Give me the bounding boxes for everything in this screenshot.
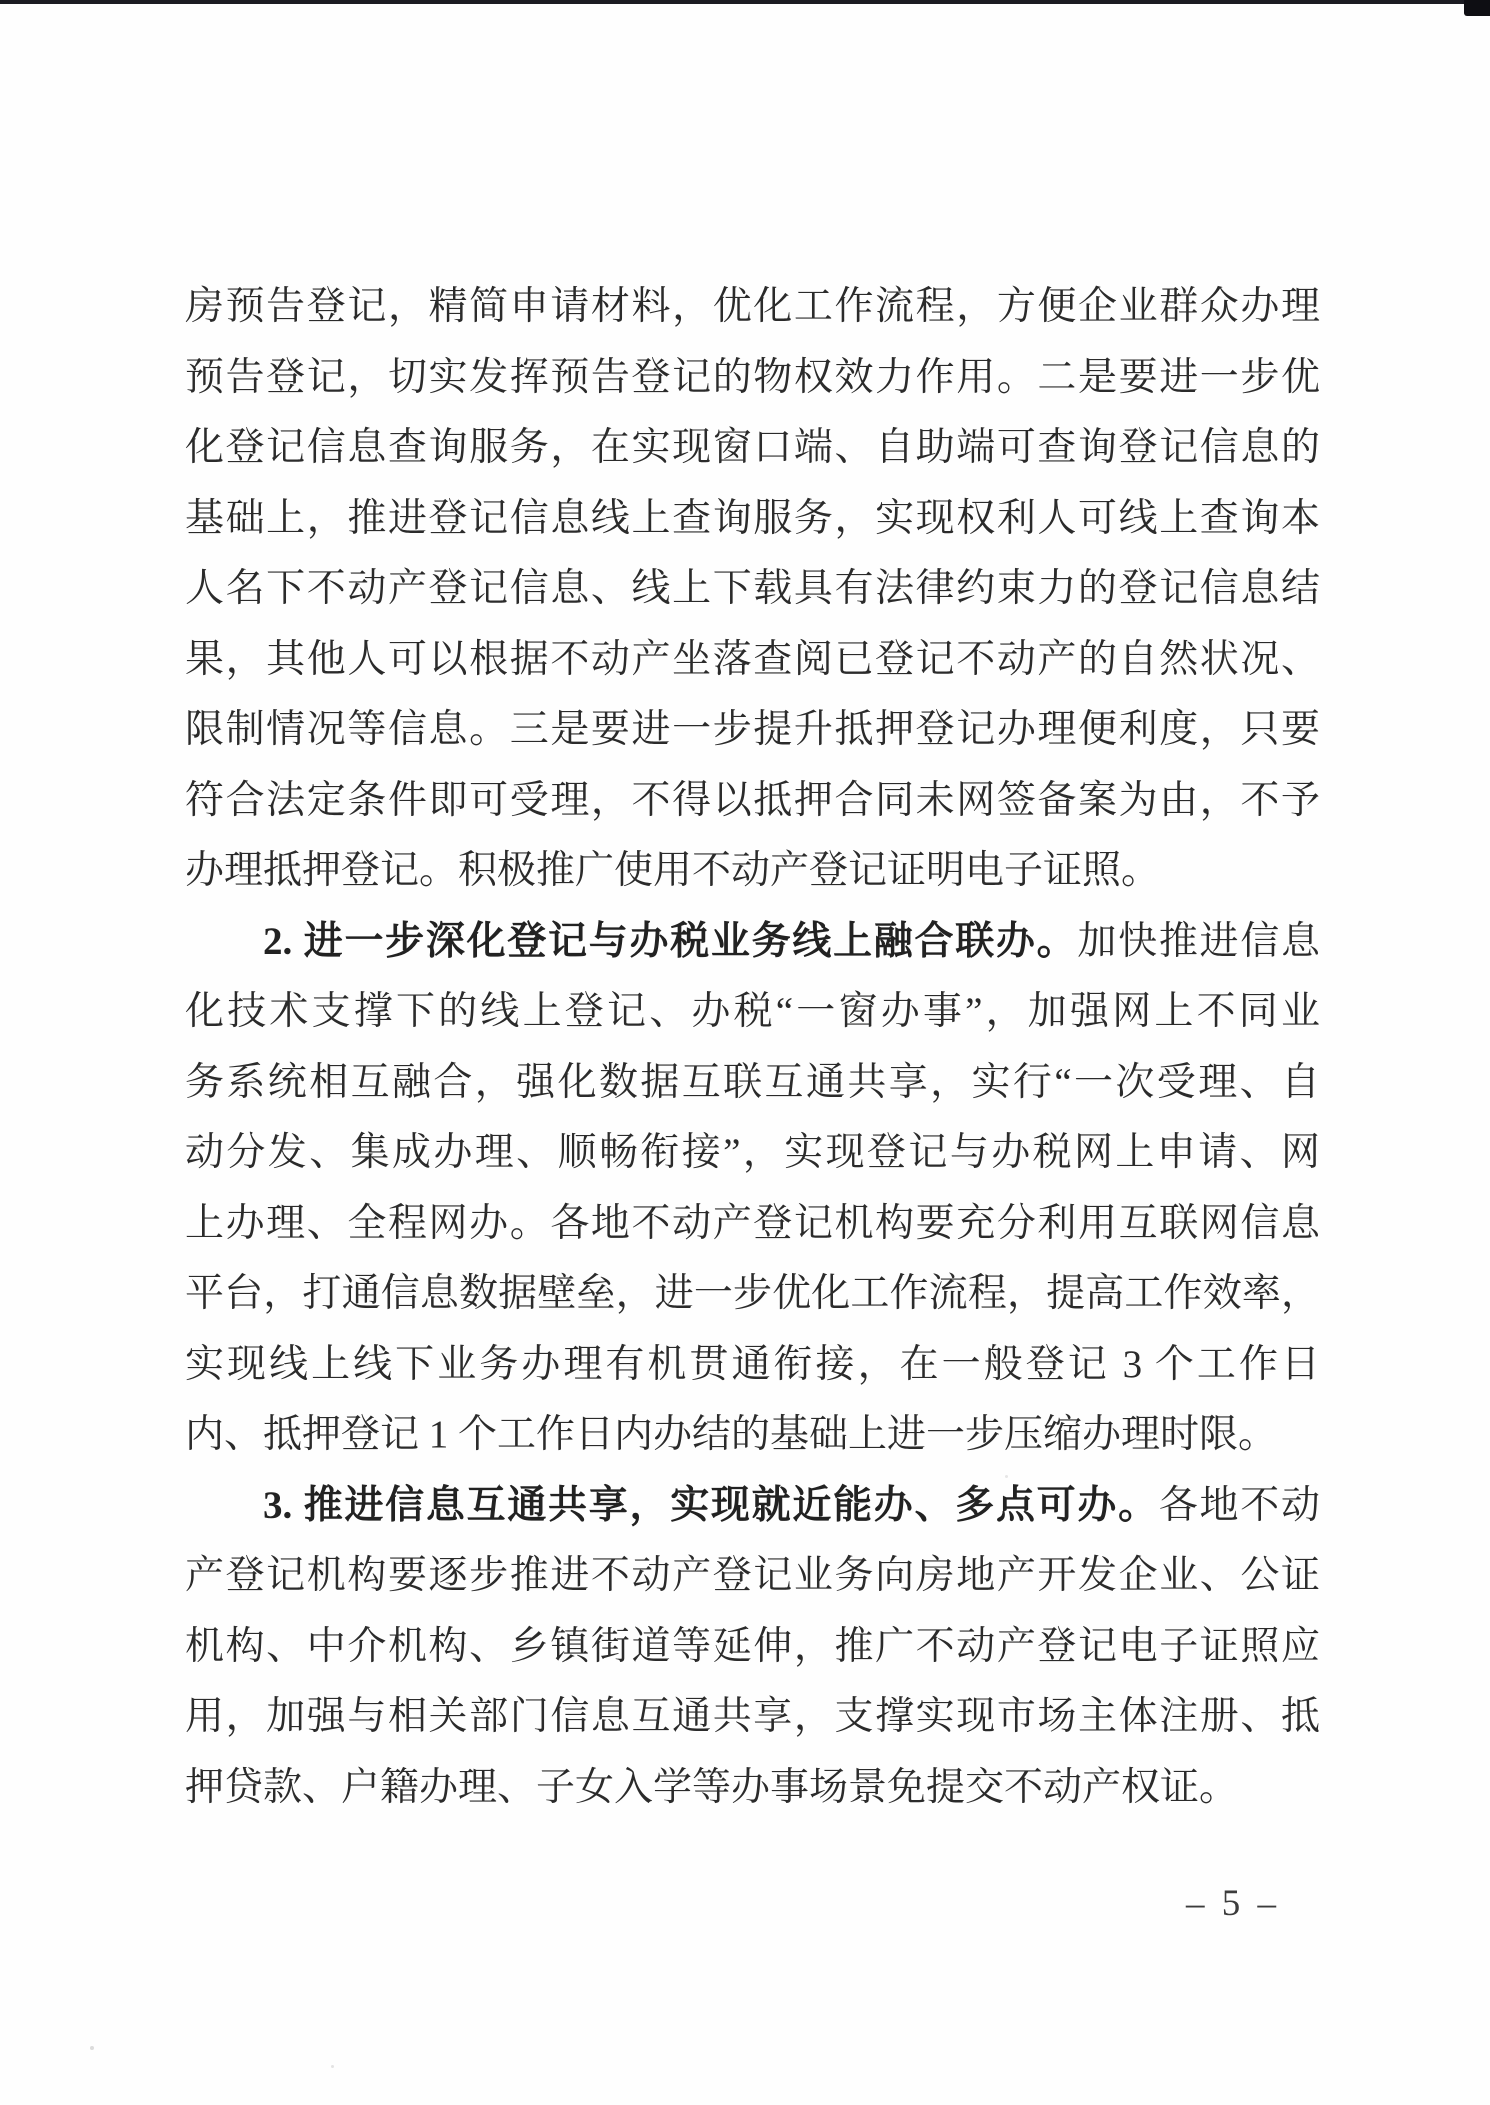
text-line: 果，其他人可以根据不动产坐落查阅已登记不动产的自然状况、 — [185, 625, 1320, 696]
text-line: 办理抵押登记。积极推广使用不动产登记证明电子证照。 — [185, 836, 1320, 907]
text-line: 限制情况等信息。三是要进一步提升抵押登记办理便利度，只要 — [185, 695, 1320, 766]
text-segment: 办理抵押登记。积极推广使用不动产登记证明电子证照。 — [185, 849, 1160, 892]
text-segment: 限制情况等信息。三是要进一步提升抵押登记办理便利度，只要 — [185, 708, 1320, 751]
text-segment: 人名下不动产登记信息、线上下载具有法律约束力的登记信息结 — [185, 567, 1320, 610]
page-number: – 5 – — [1148, 1882, 1318, 1925]
text-line: 符合法定条件即可受理，不得以抵押合同未网签备案为由，不予 — [185, 766, 1320, 837]
text-line: 化技术支撑下的线上登记、办税“一窗办事”，加强网上不同业 — [185, 977, 1320, 1048]
text-line: 机构、中介机构、乡镇街道等延伸，推广不动产登记电子证照应 — [185, 1612, 1320, 1683]
text-segment: 各地不动 — [1159, 1484, 1320, 1527]
text-segment: 动分发、集成办理、顺畅衔接”，实现登记与办税网上申请、网 — [185, 1131, 1320, 1174]
text-segment: 化技术支撑下的线上登记、办税“一窗办事”，加强网上不同业 — [185, 990, 1320, 1033]
text-line: 3. 推进信息互通共享，实现就近能办、多点可办。各地不动 — [185, 1471, 1320, 1542]
text-line: 人名下不动产登记信息、线上下载具有法律约束力的登记信息结 — [185, 554, 1320, 625]
text-segment: 预告登记，切实发挥预告登记的物权效力作用。二是要进一步优 — [185, 356, 1320, 399]
scan-corner-artifact — [1464, 0, 1490, 16]
text-segment-bold: 3. 推进信息互通共享，实现就近能办、多点可办。 — [263, 1484, 1159, 1527]
text-segment: 产登记机构要逐步推进不动产登记业务向房地产开发企业、公证 — [185, 1554, 1320, 1597]
text-line: 用，加强与相关部门信息互通共享，支撑实现市场主体注册、抵 — [185, 1682, 1320, 1753]
text-segment: 符合法定条件即可受理，不得以抵押合同未网签备案为由，不予 — [185, 779, 1320, 822]
text-segment: 务系统相互融合，强化数据互联互通共享，实行“一次受理、自 — [185, 1061, 1320, 1104]
text-segment: 基础上，推进登记信息线上查询服务，实现权利人可线上查询本 — [185, 497, 1320, 540]
text-segment: 果，其他人可以根据不动产坐落查阅已登记不动产的自然状况、 — [185, 638, 1320, 681]
text-line: 内、抵押登记 1 个工作日内办结的基础上进一步压缩办理时限。 — [185, 1400, 1320, 1471]
text-line: 基础上，推进登记信息线上查询服务，实现权利人可线上查询本 — [185, 484, 1320, 555]
text-segment: 加快推进信息 — [1077, 920, 1320, 963]
text-line: 实现线上线下业务办理有机贯通衔接，在一般登记 3 个工作日 — [185, 1330, 1320, 1401]
text-segment: 用，加强与相关部门信息互通共享，支撑实现市场主体注册、抵 — [185, 1695, 1320, 1738]
text-segment: 实现线上线下业务办理有机贯通衔接，在一般登记 3 个工作日 — [185, 1343, 1320, 1386]
text-line: 产登记机构要逐步推进不动产登记业务向房地产开发企业、公证 — [185, 1541, 1320, 1612]
scanned-document-page: 房预告登记，精简申请材料，优化工作流程，方便企业群众办理预告登记，切实发挥预告登… — [0, 0, 1490, 2105]
text-segment: 上办理、全程网办。各地不动产登记机构要充分利用互联网信息 — [185, 1202, 1320, 1245]
scan-speck — [331, 2065, 334, 2068]
text-line: 预告登记，切实发挥预告登记的物权效力作用。二是要进一步优 — [185, 343, 1320, 414]
text-line: 房预告登记，精简申请材料，优化工作流程，方便企业群众办理 — [185, 272, 1320, 343]
text-segment: 化登记信息查询服务，在实现窗口端、自助端可查询登记信息的 — [185, 426, 1320, 469]
text-segment: 房预告登记，精简申请材料，优化工作流程，方便企业群众办理 — [185, 285, 1320, 328]
text-segment: 押贷款、户籍办理、子女入学等办事场景免提交不动产权证。 — [185, 1766, 1238, 1809]
text-line: 动分发、集成办理、顺畅衔接”，实现登记与办税网上申请、网 — [185, 1118, 1320, 1189]
text-segment: 机构、中介机构、乡镇街道等延伸，推广不动产登记电子证照应 — [185, 1625, 1320, 1668]
scan-edge-artifact — [0, 0, 1490, 4]
text-line: 平台，打通信息数据壁垒，进一步优化工作流程，提高工作效率， — [185, 1259, 1320, 1330]
scan-speck — [90, 2046, 94, 2050]
text-line: 化登记信息查询服务，在实现窗口端、自助端可查询登记信息的 — [185, 413, 1320, 484]
scan-speck — [1005, 1475, 1008, 1478]
text-segment: 内、抵押登记 1 个工作日内办结的基础上进一步压缩办理时限。 — [185, 1413, 1277, 1456]
text-line: 务系统相互融合，强化数据互联互通共享，实行“一次受理、自 — [185, 1048, 1320, 1119]
body-text: 房预告登记，精简申请材料，优化工作流程，方便企业群众办理预告登记，切实发挥预告登… — [185, 272, 1320, 1823]
text-line: 押贷款、户籍办理、子女入学等办事场景免提交不动产权证。 — [185, 1753, 1320, 1824]
text-line: 2. 进一步深化登记与办税业务线上融合联办。加快推进信息 — [185, 907, 1320, 978]
text-segment: 平台，打通信息数据壁垒，进一步优化工作流程，提高工作效率， — [185, 1272, 1320, 1315]
text-line: 上办理、全程网办。各地不动产登记机构要充分利用互联网信息 — [185, 1189, 1320, 1260]
text-segment-bold: 2. 进一步深化登记与办税业务线上融合联办。 — [263, 920, 1077, 963]
